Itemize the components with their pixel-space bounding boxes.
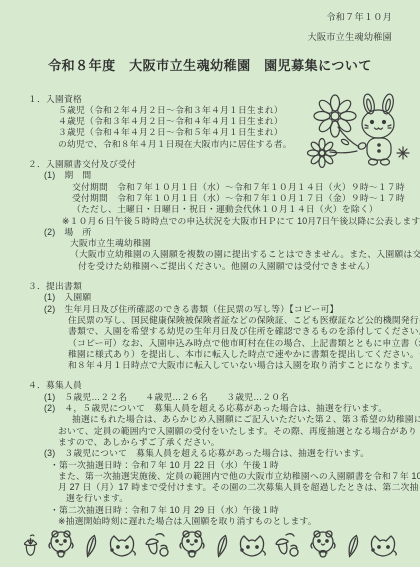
first-lottery-detail: 月 27 日（月）17 時まで受付けます。その園の二次募集人員を超過したときは、…	[58, 482, 420, 493]
document-detail-line: 住民票の写し、国民健康保険被保険者証などの保険証、こども医療証など公的機関発行の	[68, 315, 420, 326]
document-item: (2) 生年月日及び住所確認のできる書類（住民票の写し等）【コピー可】	[44, 304, 420, 315]
leaf-icon	[83, 533, 99, 559]
document-detail-line: （コピー可）なお、入園申込み時点で他市町村在住の場合、上記書類とともに申立書（幼	[68, 338, 420, 349]
lottery-45-detail: ますので、あしからずご了承ください。	[58, 437, 420, 448]
issue-date: 令和７年１０月	[0, 12, 420, 23]
section-3-heading: ３．提出書類	[28, 281, 420, 292]
acorn-double-icon	[144, 531, 170, 559]
document-detail-line: 稚園に様式あり）を提出し、本市に転入した時点で速やかに書類を提出してください。令	[68, 349, 420, 360]
sparkle	[397, 147, 409, 159]
fox-icon	[237, 533, 267, 559]
first-lottery-detail: また、第一次抽選実施後、定員の範囲内で他の大阪市立幼稚園への入園願書を令和７年 …	[58, 471, 420, 482]
acorn-icon	[22, 533, 39, 559]
first-lottery-datetime: ・第一次抽選日時：令和７年 10 月 22 日（水）午後１時	[50, 460, 420, 471]
document-detail-line: 書類で、入園を希望する幼児の生年月日及び住所を確認できるものを添付してください。	[68, 326, 420, 337]
leaf-icon	[214, 533, 230, 559]
document-item: (1) 入園願	[44, 292, 420, 303]
fox-icon	[368, 533, 398, 559]
flower-small	[308, 139, 337, 168]
page-title: 令和８年度 大阪市立生魂幼稚園 園児募集について	[0, 55, 420, 74]
flower-big	[314, 95, 356, 137]
place-note-line: 付を受けた幼稚園へご提出ください。他園の入園願では受付できません）	[78, 261, 420, 272]
section-capacity: ４．募集人員 (1) ５歳児…２２名 ４歳児…２６名 ３歳児…２０名 (2) ４…	[0, 380, 420, 527]
lottery-45-detail: おいて、定員の範囲内で入園願の受付をいたします。その際、再度抽選となる場合があり	[58, 426, 420, 437]
lottery-3-line: (3) ３歳児について 募集人員を超える応募があった場合は、抽選を行います。	[44, 448, 420, 459]
animal-border	[0, 521, 420, 559]
place-note-line: （大阪市立幼稚園の入園願を複数の園に提出することはできません。また、入園願は交	[70, 249, 420, 260]
rabbit-with-flowers-illustration	[305, 92, 415, 178]
hamster-icon	[46, 529, 76, 559]
first-lottery-detail: 選を行います。	[66, 493, 420, 504]
section-4-heading: ４．募集人員	[28, 380, 420, 391]
period-note: ※１０月６日午後５時時点での申込状況を大阪市ＨＰにて 10月7日午後以降に公表し…	[62, 216, 420, 227]
hamster-icon	[177, 529, 207, 559]
fox-icon	[107, 533, 137, 559]
second-lottery-datetime: ・第二次抽選日時：令和７年 10 月 29 日（水）午後１時	[50, 505, 420, 516]
section-documents: ３．提出書類 (1) 入園願 (2) 生年月日及び住所確認のできる書類（住民票の…	[0, 281, 420, 371]
hamster-icon	[308, 529, 338, 559]
period-line: 受付期間 令和７年１０月１日（水）～令和７年１０月１７日（金）９時～１７時	[72, 193, 420, 204]
lottery-45-line: (2) ４，５歳児について 募集人員を超える応募があった場合は、抽選を行います。	[44, 403, 420, 414]
acorn-double-icon	[274, 531, 300, 559]
org-name: 大阪市立生魂幼稚園	[0, 32, 420, 43]
place-label: (2) 場 所	[44, 227, 420, 238]
document-detail-line: 和８年４月１日時点で大阪市に転入していない場合は入園を取り消すことになります。	[68, 360, 420, 371]
capacity-numbers: (1) ５歳児…２２名 ４歳児…２６名 ３歳児…２０名	[44, 392, 420, 403]
period-line: （ただし、土曜日・日曜日・祝日・運動会代休１０月１４日（火）を除く）	[72, 204, 420, 215]
lottery-45-detail: 抽選にもれた場合は、あらかじめ入園願にご記入いただいた第２、第３希望の幼稚園に	[72, 414, 420, 425]
period-line: 交付期間 令和７年１０月１日（水）～令和７年１０月１４日（火）９時～１７時	[72, 182, 420, 193]
flyer-page: 令和７年１０月 大阪市立生魂幼稚園 令和８年度 大阪市立生魂幼稚園 園児募集につ…	[0, 0, 420, 567]
rabbit	[357, 93, 395, 165]
place-name: 大阪市立生魂幼稚園	[70, 238, 420, 249]
leaf-icon	[345, 533, 361, 559]
